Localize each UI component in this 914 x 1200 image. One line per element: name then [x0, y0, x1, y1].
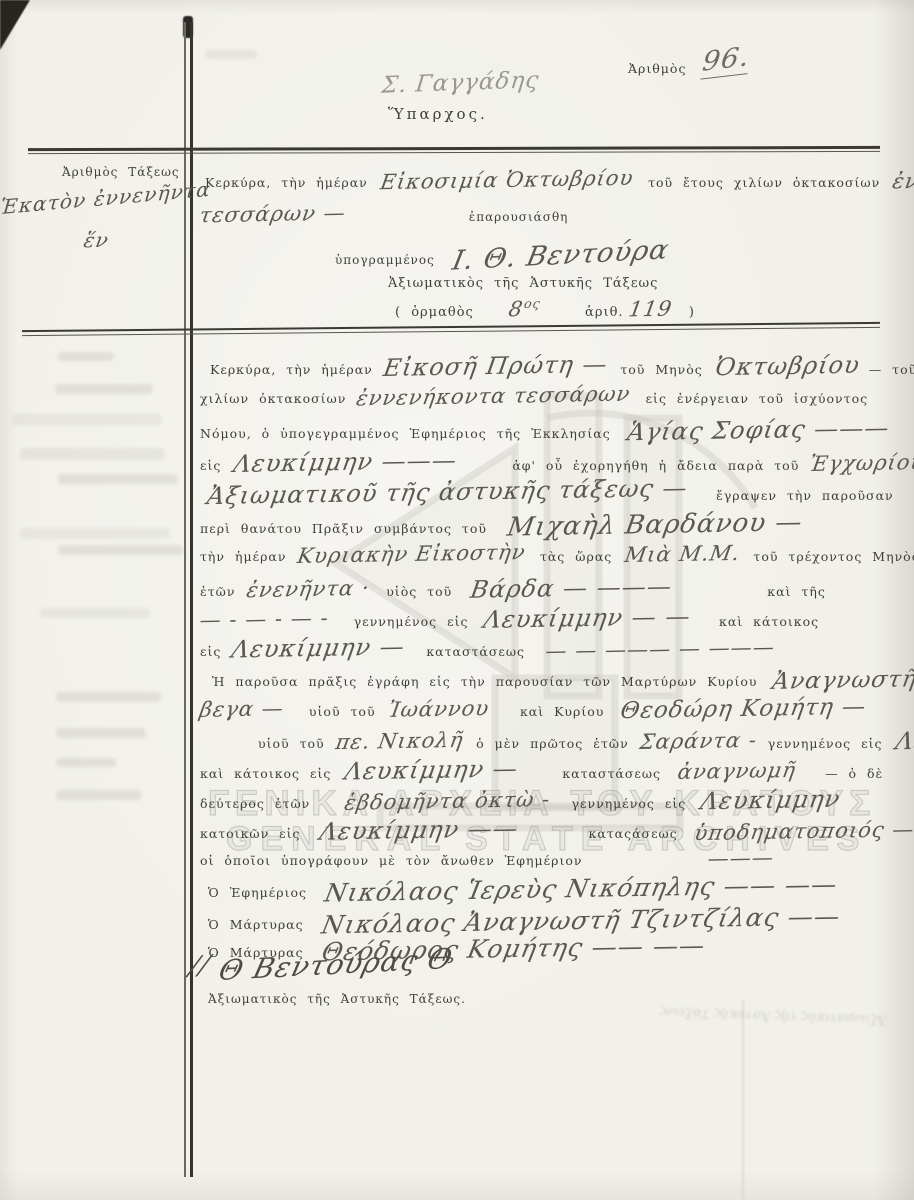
act-line-10: εἰς Λευκίμμην — καταστάσεως — — ——— — ——… — [200, 634, 775, 662]
printed-text: εἰς ἐνέργειαν τοῦ ἰσχύοντος — [646, 391, 869, 406]
handwritten-entry: 8ος — [507, 296, 542, 322]
handwritten-entry: πε. Νικολῆ — [334, 728, 466, 754]
handwritten-entry: Μιχαὴλ Βαρδάνου — — [505, 507, 805, 542]
printed-text: εἰς — [200, 458, 221, 473]
scan-corner-shadow — [0, 0, 30, 50]
handwritten-entry: Ἰωάννου — [387, 696, 491, 722]
handwritten-entry: βεγα — — [198, 696, 286, 721]
printed-text: καὶ Κυρίου — [520, 704, 604, 719]
handwritten-entry: Λευκίμμην ——— — [232, 446, 460, 478]
printed-text: ἀφ' οὗ ἐχορηγήθη ἡ ἄδεια παρὰ τοῦ — [512, 458, 799, 473]
priest-signature: Νικόλαος Ἱερεὺς Νικόπηλης —— —— — [322, 870, 840, 908]
act-line-9: — - — - — - γεννημένος εἰς Λευκίμμην — —… — [200, 604, 819, 632]
printed-text: — ὁ δὲ — [825, 766, 883, 781]
flourish-mark: // — [186, 950, 214, 982]
handwritten-entry: Ὀκτωβρίου — [713, 351, 862, 382]
printed-text: δεύτερος ἐτῶν — [200, 796, 310, 811]
order-number-value-1: Ἑκατὸν ἐννενῆντα — [0, 177, 212, 219]
handwritten-entry: Ἁγίας Σοφίας ——— — [625, 414, 891, 447]
handwritten-entry: Μιὰ Μ.Μ. — [623, 541, 742, 567]
handwritten-entry: Ἀναγνωστῆ Νικολαΐ Τζου — [770, 663, 914, 695]
bleed-through-mark — [55, 384, 153, 394]
handwritten-entry: ἀναγνωμῆ — [676, 758, 798, 784]
witness-line-4: καὶ κάτοικος εἰς Λευκίμμην — καταστάσεως… — [200, 756, 883, 784]
printed-text: εἰς — [200, 644, 221, 659]
handwritten-entry: Βάρδα — ——— — [469, 572, 675, 604]
printed-text: οἱ ὁποῖοι ὑπογράφουν μὲ τὸν ἄνωθεν Ἐφημέ… — [200, 853, 583, 868]
handwritten-entry: ὑποδηματοποιός —— — [693, 817, 914, 845]
act-line-2: χιλίων ὀκτακοσίων ἐννενήκοντα τεσσάρων ε… — [200, 384, 868, 408]
bleed-through-text: Ἀξιωματικὸς τῆς Ἀστυκῆς Τάξεως — [660, 1004, 887, 1027]
order-number-value-2: ἕν — [82, 228, 111, 252]
presentation-line-4: Ἀξιωματικὸς τῆς Ἀστυκῆς Τάξεως — [388, 272, 658, 291]
handwritten-entry: Λευκίμμην — — [342, 754, 520, 785]
printed-text: υἱοῦ τοῦ — [258, 736, 325, 751]
presentation-line-3: ὑπογραμμένος Ι. Θ. Βεντούρα — [335, 240, 667, 271]
handwritten-entry: ἐννενήκοντα — [891, 167, 914, 194]
officer-signature-block: // Θ Βεντούρας Θ — [190, 948, 450, 981]
number-label: Ἀριθμὸς — [628, 61, 686, 76]
handwritten-entry: Λευκίμμην — — [230, 632, 408, 663]
printed-text: καὶ κάτοικος — [719, 614, 819, 629]
handwritten-dashes: — - — - — - — [198, 606, 331, 632]
pencil-annotation: Σ. Γαγγάδης — [380, 67, 540, 98]
presentation-line-2: τεσσάρων — ἐπαρουσιάσθη — [200, 202, 568, 226]
printed-text: τοῦ Μηνὸς — [620, 362, 702, 377]
act-line-3: Νόμου, ὁ ὑπογεγραμμένος Ἐφημέριος τῆς Ἐκ… — [200, 416, 889, 444]
witness-line-2: βεγα — υἱοῦ τοῦ Ἰωάννου καὶ Κυρίου Θεοδώ… — [200, 696, 866, 722]
scanned-document-page: ΓΕΝΙΚΑ ΑΡΧΕΙΑ ΤΟΥ ΚΡΑΤΟΥΣ GENERAL STATE … — [0, 0, 914, 1200]
signature-line-witness-1: Ὁ Μάρτυρας Νικόλαος Ἀναγνωστῆ Τζιντζίλας… — [208, 906, 839, 935]
bleed-through-mark — [56, 758, 116, 767]
bleed-through-mark — [56, 790, 141, 800]
printed-text: — τοῦ ἔτους — [869, 362, 914, 377]
printed-text: τοῦ ἔτους χιλίων ὀκτακοσίων — [648, 175, 880, 190]
printed-text: καταςάσεως — [589, 826, 678, 841]
printed-text: ἔγραψεν τὴν παροῦσαν — [716, 488, 894, 503]
bleed-through-mark — [40, 608, 150, 618]
handwritten-entry: Σαράντα - — [638, 728, 759, 754]
printed-text: υἱοῦ τοῦ — [309, 704, 376, 719]
printed-text: ἐτῶν — [200, 584, 235, 599]
printed-text: καταστάσεως — [562, 766, 661, 781]
presentation-line-5: ( ὁρμαθὸς 8ος ἀριθ. 119 ) — [395, 296, 695, 321]
bleed-through-mark — [58, 545, 183, 555]
printed-text: καταστάσεως — [426, 644, 525, 659]
printed-text: περὶ θανάτου Πρᾶξιν συμβάντος τοῦ — [200, 521, 487, 536]
act-line-6: περὶ θανάτου Πρᾶξιν συμβάντος τοῦ Μιχαὴλ… — [200, 510, 802, 540]
bleed-through-mark — [20, 528, 170, 539]
printed-text: τοῦ τρέχοντος Μηνὸς καὶ ἔτους — [753, 549, 914, 564]
printed-text: ἀριθ. — [585, 305, 623, 320]
presentation-line-1: Κερκύρα, τὴν ἡμέραν Εἰκοσιμία Ὀκτωβρίου … — [205, 168, 914, 192]
printed-text: καὶ τῆς — [767, 584, 826, 599]
handwritten-entry: 119 — [627, 297, 674, 322]
printed-text: ἐπαρουσιάσθη — [469, 210, 569, 224]
number-value-handwritten: 96. — [700, 41, 751, 79]
signature-label: Ὁ Μάρτυρας — [208, 917, 304, 932]
act-line-4: εἰς Λευκίμμην ——— ἀφ' οὗ ἐχορηγήθη ἡ ἄδε… — [200, 448, 914, 476]
printed-text: τὴν ἡμέραν — [200, 549, 286, 564]
bleed-through-mark — [20, 448, 165, 460]
handwritten-entry: Λευκίμμην — [893, 725, 914, 755]
officer-signature: Θ Βεντούρας Θ — [215, 942, 456, 987]
handwritten-entry: τεσσάρων — — [198, 201, 348, 228]
handwritten-entry: ἐνενῆντα · — [244, 576, 371, 602]
witness-line-3: υἱοῦ τοῦ πε. Νικολῆ ὁ μὲν πρῶτος ἐτῶν Σα… — [258, 726, 914, 754]
handwritten-entry: Θεοδώρη Κομήτη — — [619, 694, 869, 724]
handwritten-entry: ἐννενήκοντα τεσσάρων — [355, 382, 633, 411]
horizontal-rule-2 — [22, 322, 880, 337]
handwritten-entry: ἑβδομῆντα ὀκτὼ - — [343, 787, 553, 815]
document-number: Ἀριθμὸς — [628, 58, 686, 77]
signature-label: Ὁ Ἐφημέριος — [208, 885, 307, 900]
witness-line-7: οἱ ὁποῖοι ὑπογράφουν μὲ τὸν ἄνωθεν Ἐφημέ… — [200, 846, 774, 870]
printed-text: καὶ κάτοικος εἰς — [200, 766, 331, 781]
printed-text: Ἀξιωματικὸς τῆς Ἀστυκῆς Τάξεως — [388, 276, 658, 291]
witness-line-5: δεύτερος ἐτῶν ἑβδομῆντα ὀκτὼ - γεννημένο… — [200, 786, 840, 814]
printed-text: τὰς ὥρας — [540, 549, 612, 564]
officer-title: Ἀξιωματικὸς τῆς Ἀστυκῆς Τάξεως. — [208, 992, 466, 1006]
paper-crease — [742, 1000, 744, 1200]
printed-text: Νόμου, ὁ ὑπογεγραμμένος Ἐφημέριος τῆς Ἐκ… — [200, 426, 611, 441]
horizontal-rule-1 — [28, 146, 880, 155]
printed-text: κατοικῶν εἰς — [200, 826, 301, 841]
printed-text: ὁ μὲν πρῶτος ἐτῶν — [476, 736, 629, 751]
bleed-through-mark — [58, 352, 114, 361]
act-line-1: Κερκύρα, τὴν ἡμέραν Εἰκοσῆ Πρώτη — τοῦ Μ… — [210, 352, 914, 380]
printed-text: ) — [689, 305, 695, 320]
printed-text: Κερκύρα, τὴν ἡμέραν — [205, 175, 368, 190]
printed-text: ( ὁρμαθὸς — [395, 305, 474, 320]
handwritten-entry: Λευκίμμην — — — [481, 602, 692, 634]
page-title: Ὕπαρχος. — [388, 105, 488, 123]
printed-text: γεννημένος εἰς — [354, 614, 469, 629]
order-number-label: Ἀριθμὸς Τάξεως — [62, 165, 180, 179]
act-line-7: τὴν ἡμέραν Κυριακὴν Εἰκοστὴν τὰς ὥρας Μι… — [200, 542, 914, 566]
printed-text: υἱὸς τοῦ — [386, 584, 452, 599]
handwritten-dashes: — — ——— — ——— — [544, 635, 777, 663]
printed-text: γεννημένος εἰς — [768, 736, 883, 751]
officer-title-line: Ἀξιωματικὸς τῆς Ἀστυκῆς Τάξεως. — [208, 988, 466, 1007]
handwritten-entry: Λευκίμμην —— — [317, 814, 520, 845]
act-line-8: ἐτῶν ἐνενῆντα · υἱὸς τοῦ Βάρδα — ——— καὶ… — [200, 574, 826, 602]
signature-line-priest: Ὁ Ἐφημέριος Νικόλαος Ἱερεὺς Νικόπηλης ——… — [208, 874, 837, 903]
witness-line-1: Ἡ παροῦσα πρᾶξις ἐγράφη εἰς τὴν παρουσία… — [212, 666, 914, 692]
bleed-through-mark — [56, 728, 146, 738]
handwritten-dashes: ——— — [706, 845, 776, 870]
witness-line-6: κατοικῶν εἰς Λευκίμμην —— καταςάσεως ὑπο… — [200, 816, 914, 844]
handwritten-entry: Λευκίμμην — [699, 785, 843, 815]
officer-signature-handwritten: Ι. Θ. Βεντούρα — [450, 234, 672, 276]
printed-text: γεννημένος εἰς — [572, 796, 687, 811]
bleed-through-mark — [205, 50, 257, 59]
handwritten-entry: Κυριακὴν Εἰκοστὴν — [295, 540, 527, 568]
printed-text: Κερκύρα, τὴν ἡμέραν — [210, 362, 373, 377]
printed-text: χιλίων ὀκτακοσίων — [200, 391, 346, 406]
handwritten-entry: Εἰκοσιμία Ὀκτωβρίου — [379, 166, 636, 194]
bleed-through-mark — [58, 474, 178, 484]
bleed-through-mark — [56, 692, 161, 702]
handwritten-entry: Ἐγχωρίου — [808, 450, 914, 476]
bleed-through-mark — [12, 414, 162, 425]
printed-text: Ἡ παροῦσα πρᾶξις ἐγράφη εἰς τὴν παρουσία… — [212, 674, 758, 689]
handwritten-entry: Εἰκοσῆ Πρώτη — — [381, 350, 610, 382]
handwritten-entry: Ἀξιωματικοῦ τῆς ἀστυκῆς τάξεως — — [205, 474, 690, 510]
printed-text: ὑπογραμμένος — [335, 253, 435, 267]
act-line-5: Ἀξιωματικοῦ τῆς ἀστυκῆς τάξεως — ἔγραψεν… — [208, 478, 894, 506]
